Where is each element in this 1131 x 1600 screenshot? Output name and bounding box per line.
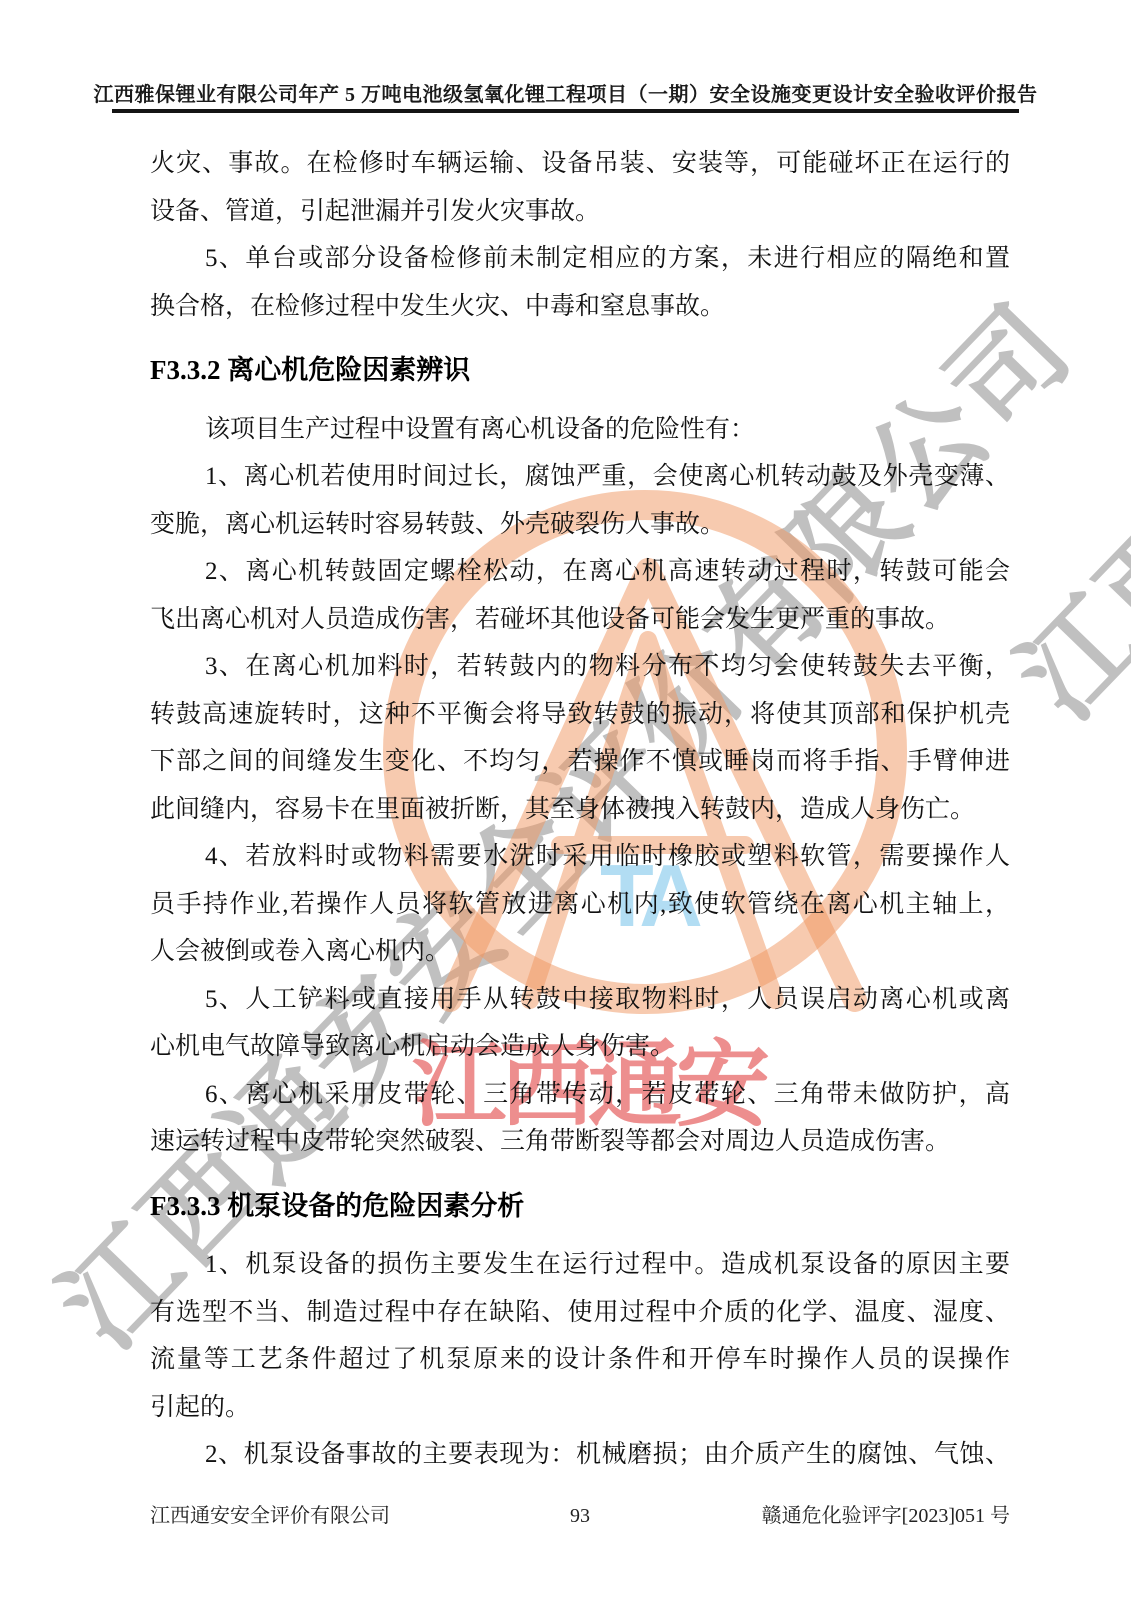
body-line: 员手持作业,若操作人员将软管放进离心机内,致使软管绕在离心机主轴上， <box>150 881 1010 929</box>
body-line: 飞出离心机对人员造成伤害，若碰坏其他设备可能会发生更严重的事故。 <box>150 596 1010 644</box>
body-line: 6、离心机采用皮带轮、三角带传动，若皮带轮、三角带未做防护，高 <box>150 1071 1010 1119</box>
body-line: 火灾、事故。在检修时车辆运输、设备吊装、安装等，可能碰坏正在运行的 <box>150 140 1010 188</box>
body-line: 变脆，离心机运转时容易转鼓、外壳破裂伤人事故。 <box>150 501 1010 549</box>
body-line: 1、离心机若使用时间过长，腐蚀严重，会使离心机转动鼓及外壳变薄、 <box>150 453 1010 501</box>
body-line: 转鼓高速旋转时，这种不平衡会将导致转鼓的振动，将使其顶部和保护机壳 <box>150 691 1010 739</box>
body-line: 4、若放料时或物料需要水洗时采用临时橡胶或塑料软管，需要操作人 <box>150 833 1010 881</box>
body-line: 换合格，在检修过程中发生火灾、中毒和窒息事故。 <box>150 283 1010 331</box>
body-line: 3、在离心机加料时，若转鼓内的物料分布不均匀会使转鼓失去平衡， <box>150 643 1010 691</box>
body-line: 此间缝内，容易卡在里面被折断，其至身体被拽入转鼓内，造成人身伤亡。 <box>150 786 1010 834</box>
body-line: 流量等工艺条件超过了机泵原来的设计条件和开停车时操作人员的误操作 <box>150 1336 1010 1384</box>
body-line: 设备、管道，引起泄漏并引发火灾事故。 <box>150 188 1010 236</box>
body-line: 1、机泵设备的损伤主要发生在运行过程中。造成机泵设备的原因主要 <box>150 1241 1010 1289</box>
body-line: 5、单台或部分设备检修前未制定相应的方案，未进行相应的隔绝和置 <box>150 235 1010 283</box>
body-line: 该项目生产过程中设置有离心机设备的危险性有： <box>150 406 1010 454</box>
body-line: 2、机泵设备事故的主要表现为：机械磨损；由介质产生的腐蚀、气蚀、 <box>150 1431 1010 1479</box>
body-line: 2、离心机转鼓固定螺栓松动，在离心机高速转动过程时，转鼓可能会 <box>150 548 1010 596</box>
document-page: 江西通安安全评价有限公司 江西通安安全评价有限公司 TA 江西通安 江西雅保锂业… <box>0 0 1131 1600</box>
footer-doc-number: 赣通危化验评字[2023]051 号 <box>762 1500 1010 1532</box>
document-content: 江西雅保锂业有限公司年产 5 万吨电池级氢氧化锂工程项目（一期）安全设施变更设计… <box>0 0 1131 1600</box>
body-line: 有选型不当、制造过程中存在缺陷、使用过程中介质的化学、温度、湿度、 <box>150 1289 1010 1337</box>
body-line: 5、人工铲料或直接用手从转鼓中接取物料时，人员误启动离心机或离 <box>150 976 1010 1024</box>
body-line: 下部之间的间缝发生变化、不均匀，若操作不慎或睡岗而将手指、手臂伸进 <box>150 738 1010 786</box>
body-line: 心机电气故障导致离心机启动会造成人身伤害。 <box>150 1023 1010 1071</box>
section-heading: F3.3.3 机泵设备的危险因素分析 <box>150 1183 1010 1231</box>
body-line: 人会被倒或卷入离心机内。 <box>150 928 1010 976</box>
page-footer: 江西通安安全评价有限公司 93 赣通危化验评字[2023]051 号 <box>150 1500 1010 1532</box>
header-rule <box>112 109 1019 113</box>
document-body: 火灾、事故。在检修时车辆运输、设备吊装、安装等，可能碰坏正在运行的设备、管道，引… <box>150 140 1010 1479</box>
body-line: 引起的。 <box>150 1384 1010 1432</box>
section-heading: F3.3.2 离心机危险因素辨识 <box>150 347 1010 395</box>
body-line: 速运转过程中皮带轮突然破裂、三角带断裂等都会对周边人员造成伤害。 <box>150 1118 1010 1166</box>
page-header-title: 江西雅保锂业有限公司年产 5 万吨电池级氢氧化锂工程项目（一期）安全设施变更设计… <box>0 78 1131 107</box>
